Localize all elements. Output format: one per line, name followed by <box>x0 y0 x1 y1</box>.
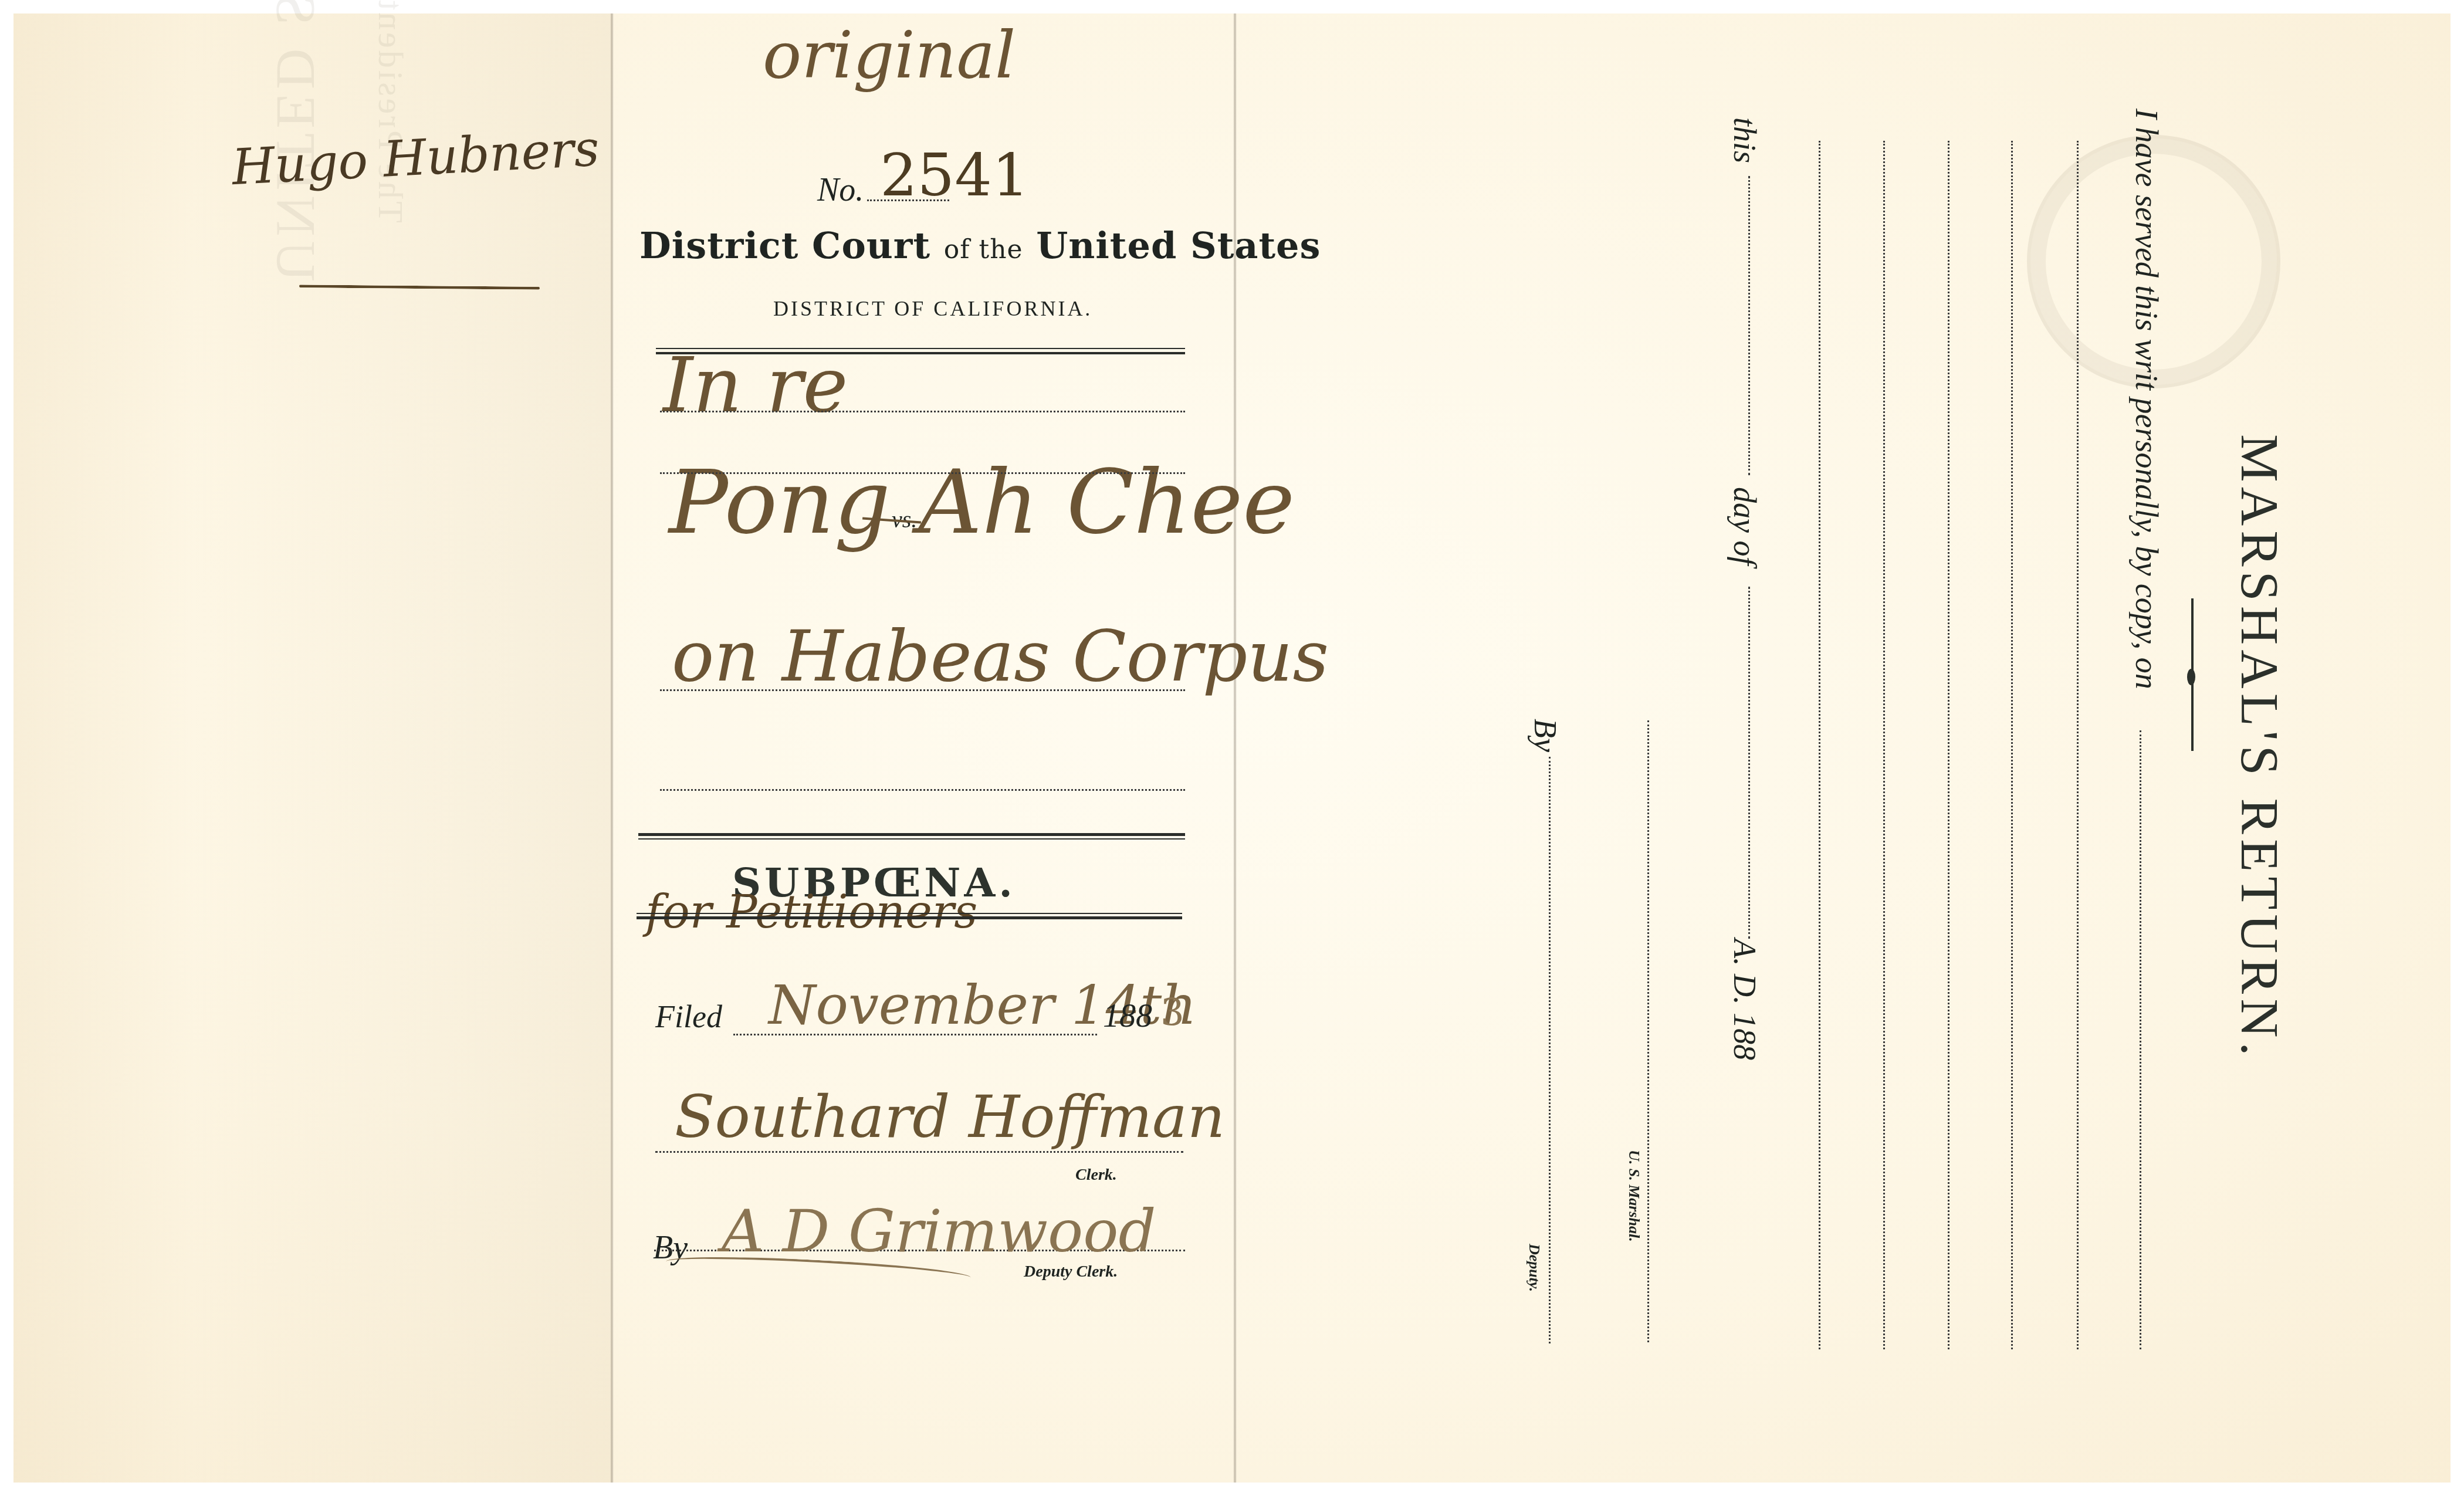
clerk-signature: Southard Hoffman <box>675 1082 1225 1151</box>
deputy-clerk-label: Deputy Clerk. <box>1024 1263 1118 1281</box>
blank-line-2 <box>2011 141 2013 1349</box>
case-line-2 <box>660 472 1185 474</box>
filed-year-prefix: 188 <box>1103 997 1152 1035</box>
by-label-marshal: By <box>1527 719 1563 752</box>
subpoena-subtype: for Petitioners <box>645 886 977 939</box>
filed-year-suffix: 3 <box>1160 991 1184 1035</box>
clerk-signature-line <box>655 1151 1183 1153</box>
served-text: I have served this writ personally, by c… <box>2128 109 2165 689</box>
marshals-return-title: MARSHAL'S RETURN. <box>2229 434 2291 1061</box>
day-of-label: day of <box>1727 487 1763 565</box>
ghost-text-2: The President of the United States <box>370 0 411 223</box>
fold-line-left <box>610 13 614 1483</box>
marshal-signature-line <box>1647 720 1649 1342</box>
blank-line-1 <box>2077 141 2079 1349</box>
subpoena-rule-bottom-2 <box>637 916 1182 919</box>
deputy-signature: A D Grimwood <box>722 1197 1156 1265</box>
this-label: this <box>1727 117 1763 163</box>
case-number: 2541 <box>880 141 1030 209</box>
court-title-part-1: District Court <box>639 224 930 267</box>
subpoena-rule-bottom-1 <box>637 913 1182 914</box>
deputy-marshal-line <box>1549 757 1551 1343</box>
title-divider-diamond <box>2187 669 2195 685</box>
court-title: District Court of the United States <box>639 224 1321 267</box>
case-line-habeas: on Habeas Corpus <box>672 616 1329 698</box>
blank-line-5 <box>1819 141 1820 1349</box>
subpoena-rule-top-1 <box>638 833 1185 836</box>
deputy-label: Deputy. <box>1525 1244 1543 1292</box>
us-marshal-label: U. S. Marshal. <box>1625 1150 1643 1242</box>
case-line-4 <box>660 789 1185 791</box>
case-line-1 <box>660 411 1185 412</box>
this-day-line <box>1748 176 1750 475</box>
original-annotation: original <box>763 18 1016 93</box>
court-title-of-the: of the <box>944 235 1023 265</box>
filed-label: Filed <box>655 999 722 1035</box>
district-label: DISTRICT OF CALIFORNIA. <box>773 296 1092 321</box>
number-label: No. <box>817 171 864 209</box>
blank-line-4 <box>1883 141 1885 1349</box>
month-line <box>1748 587 1750 939</box>
clerk-label: Clerk. <box>1075 1166 1117 1184</box>
served-line <box>2140 730 2141 1349</box>
blank-line-3 <box>1948 141 1949 1349</box>
court-title-part-2: United States <box>1036 224 1321 267</box>
case-line-party: Pong Ah Chee <box>669 452 1295 554</box>
case-line-3 <box>660 689 1185 691</box>
ad-label: A. D. 188 <box>1727 939 1763 1060</box>
case-line-in-re: In re <box>663 340 848 429</box>
subpoena-rule-top-2 <box>638 838 1185 840</box>
